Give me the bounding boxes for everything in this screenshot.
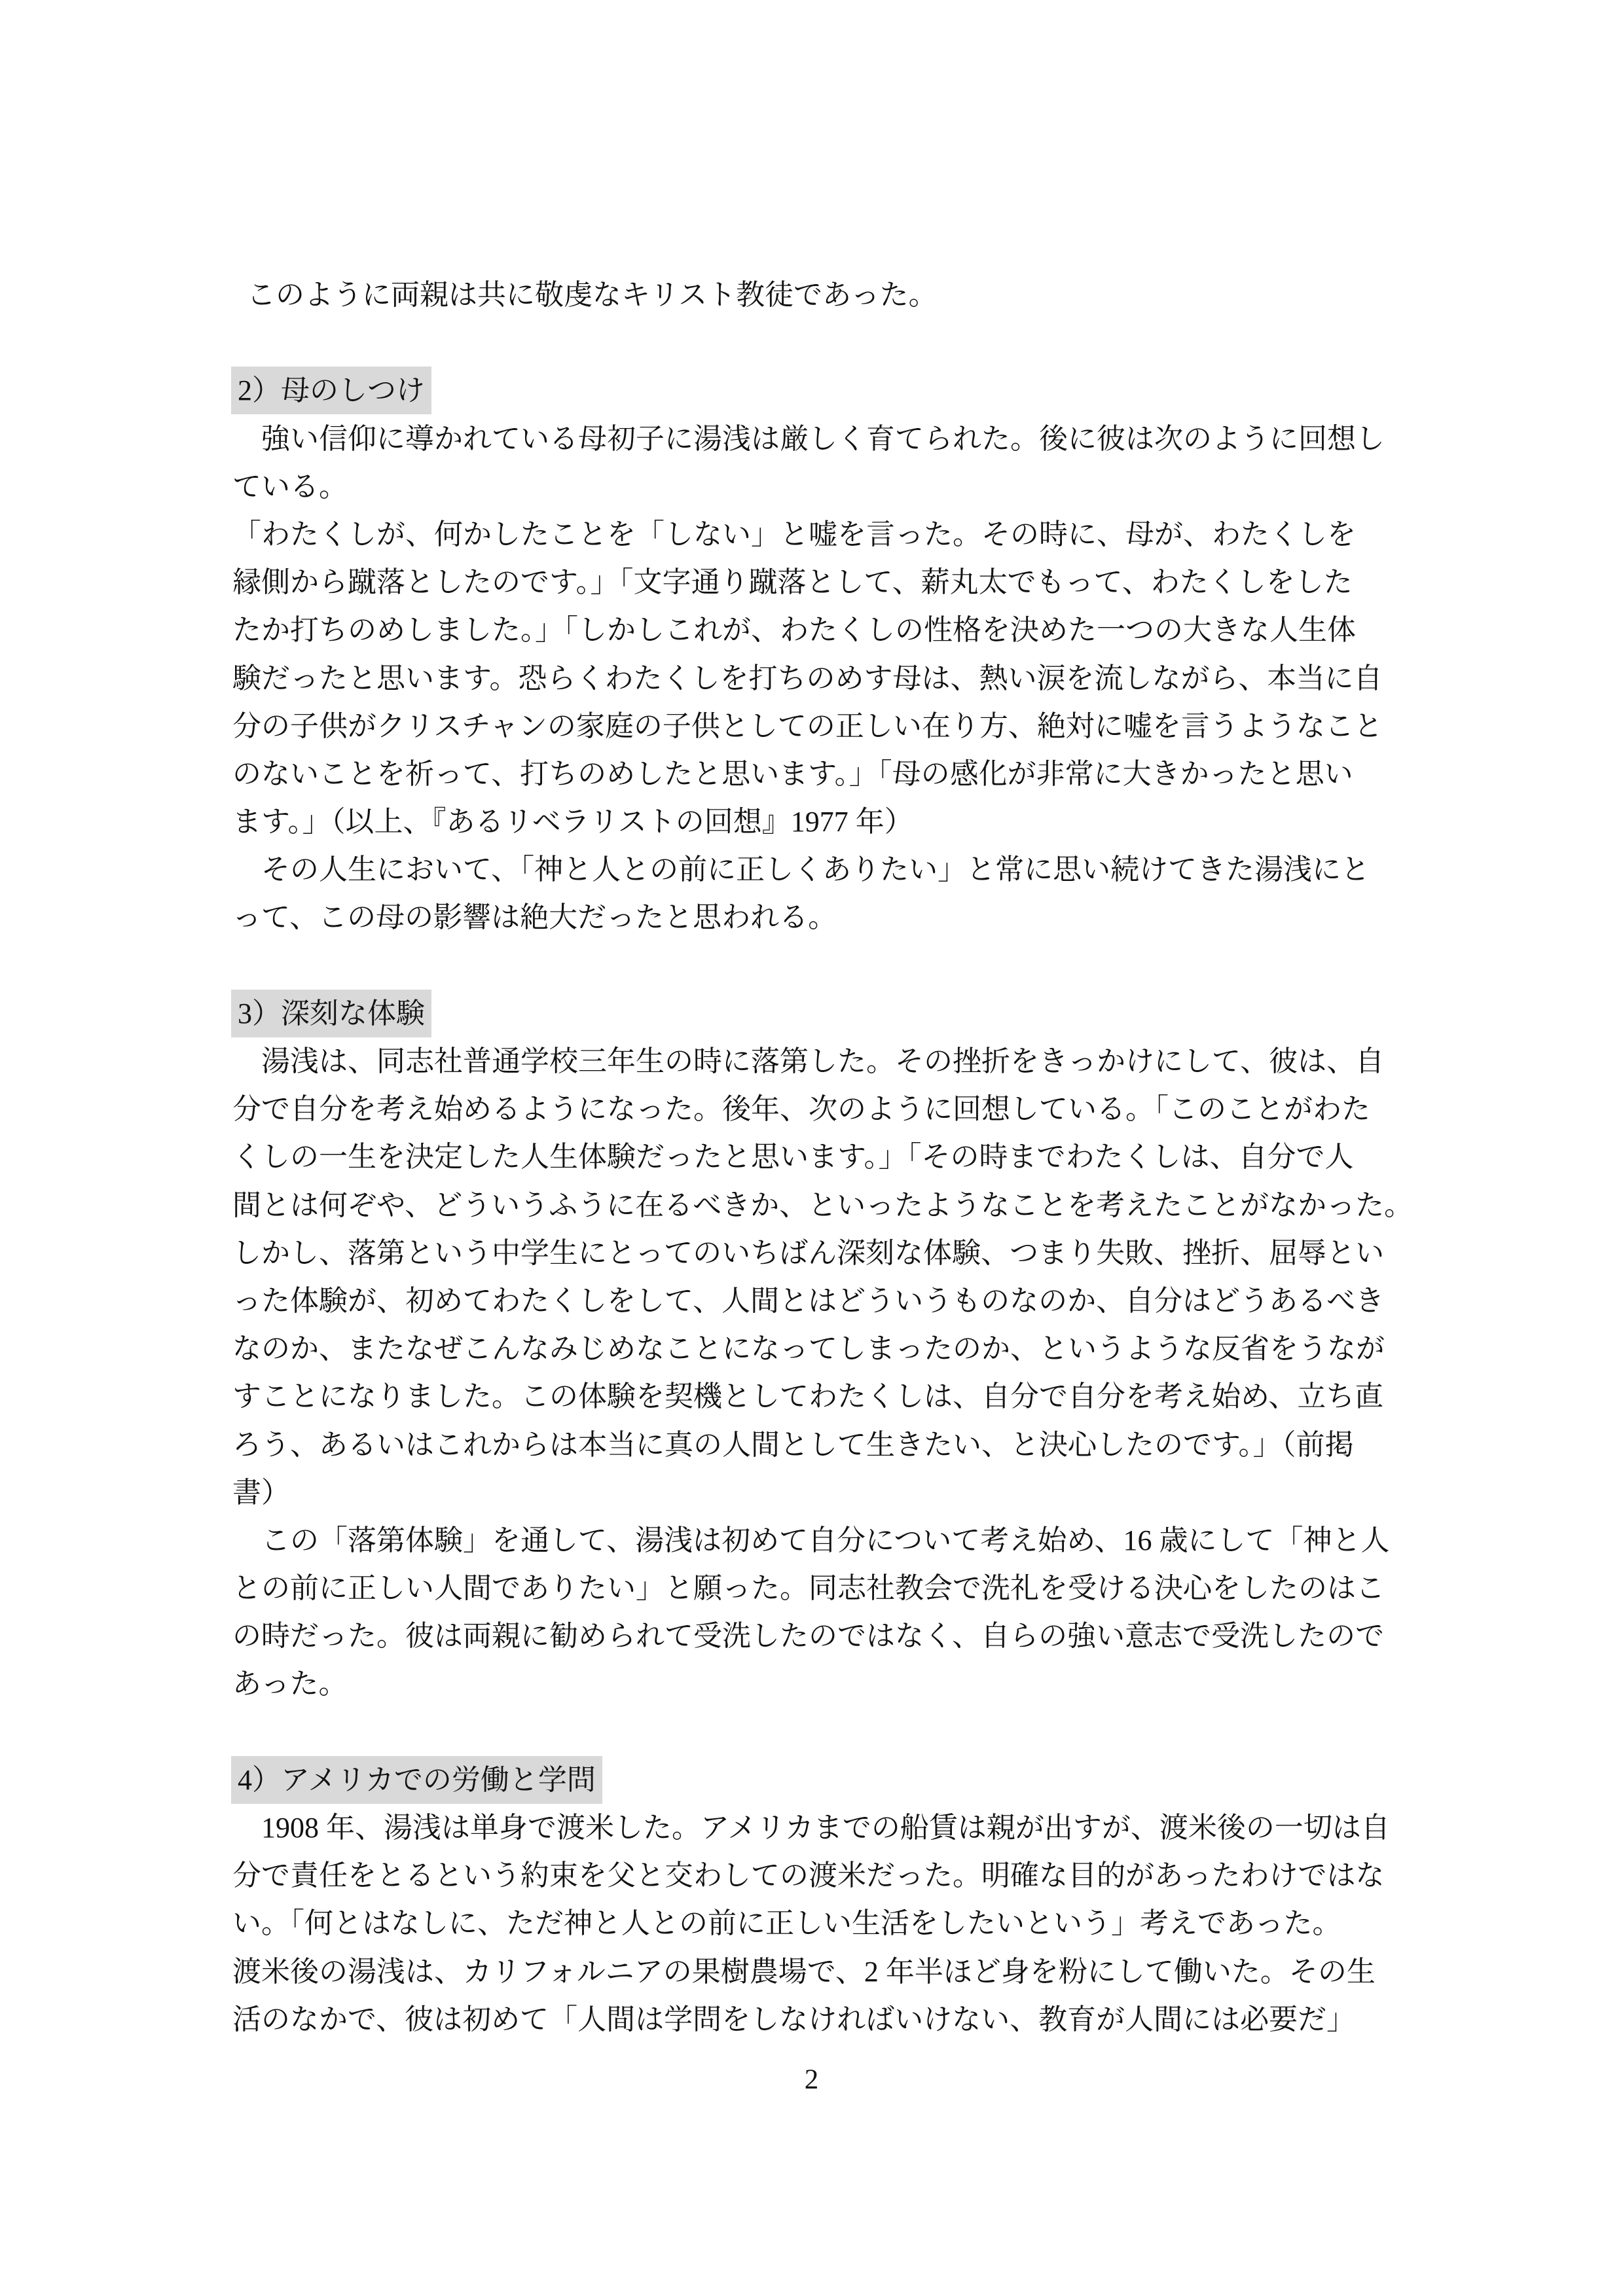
text-line: ます。」（以上、『あるリベラリストの回想』1977 年）	[232, 798, 1417, 846]
section-heading: 3）深刻な体験	[232, 990, 1417, 1037]
text-line: い。「何とはなしに、ただ神と人との前に正しい生活をしたいという」考えであった。	[232, 1899, 1417, 1947]
text-line: 1908 年、湯浅は単身で渡米した。アメリカまでの船賃は親が出すが、渡米後の一切…	[232, 1804, 1417, 1852]
blank-line	[232, 1708, 1417, 1756]
document-page: このように両親は共に敬虔なキリスト教徒であった。2）母のしつけ 強い信仰に導かれ…	[0, 0, 1623, 2296]
text-line: 縁側から蹴落としたのです。」「文字通り蹴落として、薪丸太でもって、わたくしをした	[232, 558, 1417, 606]
blank-line	[232, 319, 1417, 367]
section-heading-highlight: 4）アメリカでの労働と学問	[231, 1756, 602, 1804]
text-line: 間とは何ぞや、どういうふうに在るべきか、といったようなことを考えたことがなかった…	[232, 1181, 1417, 1229]
text-line: このように両親は共に敬虔なキリスト教徒であった。	[232, 271, 1417, 319]
text-line: しかし、落第という中学生にとってのいちばん深刻な体験、つまり失敗、挫折、屈辱とい	[232, 1229, 1417, 1277]
text-line: たか打ちのめしました。」「しかしこれが、わたくしの性格を決めた一つの大きな人生体	[232, 606, 1417, 654]
section-heading-highlight: 2）母のしつけ	[231, 367, 431, 414]
page-number: 2	[0, 2060, 1623, 2100]
text-line: なのか、またなぜこんなみじめなことになってしまったのか、というような反省をうなが	[232, 1325, 1417, 1372]
text-line: ている。	[232, 463, 1417, 511]
text-block: このように両親は共に敬虔なキリスト教徒であった。2）母のしつけ 強い信仰に導かれ…	[232, 271, 1417, 2043]
text-line: 湯浅は、同志社普通学校三年生の時に落第した。その挫折をきっかけにして、彼は、自	[232, 1037, 1417, 1085]
text-line: 分の子供がクリスチャンの家庭の子供としての正しい在り方、絶対に嘘を言うようなこと	[232, 702, 1417, 750]
section-heading-highlight: 3）深刻な体験	[231, 990, 431, 1037]
section-heading: 2）母のしつけ	[232, 367, 1417, 414]
text-line: この「落第体験」を通して、湯浅は初めて自分について考え始め、16 歳にして「神と…	[232, 1516, 1417, 1564]
text-line: 分で自分を考え始めるようになった。後年、次のように回想している。「このことがわた	[232, 1085, 1417, 1133]
text-line: 験だったと思います。恐らくわたくしを打ちのめす母は、熱い涙を流しながら、本当に自	[232, 655, 1417, 702]
text-line: 強い信仰に導かれている母初子に湯浅は厳しく育てられた。後に彼は次のように回想し	[232, 415, 1417, 463]
text-line: 活のなかで、彼は初めて「人間は学問をしなければいけない、教育が人間には必要だ」	[232, 1996, 1417, 2043]
text-line: ろう、あるいはこれからは本当に真の人間として生きたい、と決心したのです。」（前掲	[232, 1421, 1417, 1469]
text-line: って、この母の影響は絶大だったと思われる。	[232, 893, 1417, 941]
text-line: の時だった。彼は両親に勧められて受洗したのではなく、自らの強い意志で受洗したので	[232, 1612, 1417, 1660]
blank-line	[232, 942, 1417, 990]
text-line: 分で責任をとるという約束を父と交わしての渡米だった。明確な目的があったわけではな	[232, 1852, 1417, 1899]
text-line: った体験が、初めてわたくしをして、人間とはどういうものなのか、自分はどうあるべき	[232, 1277, 1417, 1325]
text-line: くしの一生を決定した人生体験だったと思います。」「その時までわたくしは、自分で人	[232, 1133, 1417, 1181]
section-heading: 4）アメリカでの労働と学問	[232, 1756, 1417, 1804]
text-line: 書）	[232, 1469, 1417, 1516]
text-line: すことになりました。この体験を契機としてわたくしは、自分で自分を考え始め、立ち直	[232, 1372, 1417, 1420]
text-line: との前に正しい人間でありたい」と願った。同志社教会で洗礼を受ける決心をしたのはこ	[232, 1564, 1417, 1612]
text-line: あった。	[232, 1660, 1417, 1708]
text-line: のないことを祈って、打ちのめしたと思います。」「母の感化が非常に大きかったと思い	[232, 750, 1417, 798]
text-line: 渡米後の湯浅は、カリフォルニアの果樹農場で、2 年半ほど身を粉にして働いた。その…	[232, 1948, 1417, 1996]
text-line: その人生において、「神と人との前に正しくありたい」と常に思い続けてきた湯浅にと	[232, 846, 1417, 893]
text-line: 「わたくしが、何かしたことを「しない」と嘘を言った。その時に、母が、わたくしを	[232, 511, 1417, 558]
